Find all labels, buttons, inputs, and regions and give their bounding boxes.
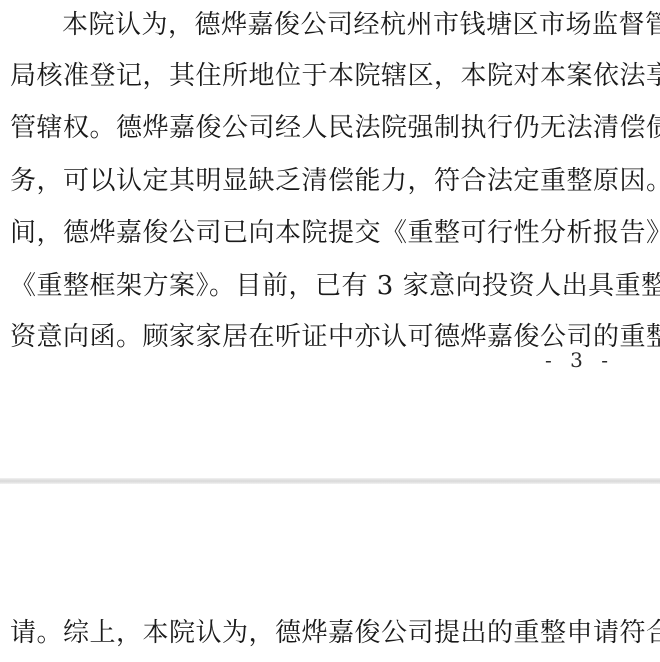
- paragraph-line: 本院认为，德烨嘉俊公司经杭州市钱塘区市场监督管理: [62, 10, 640, 40]
- document-page-3: 本院认为，德烨嘉俊公司经杭州市钱塘区市场监督管理 局核准登记，其住所地位于本院辖…: [0, 0, 660, 478]
- document-page-4: 请。综上，本院认为，德烨嘉俊公司提出的重整申请符合法: [0, 484, 660, 662]
- paragraph-line: 管辖权。德烨嘉俊公司经人民法院强制执行仍无法清偿债: [10, 113, 640, 143]
- paragraph-line: 间，德烨嘉俊公司已向本院提交《重整可行性分析报告》和: [10, 218, 640, 248]
- paragraph-line: 务，可以认定其明显缺乏清偿能力，符合法定重整原因。期: [10, 166, 640, 196]
- page-number: - 3 -: [545, 348, 614, 372]
- paragraph-line: 局核准登记，其住所地位于本院辖区，本院对本案依法享有: [10, 61, 640, 91]
- paragraph-line: 《重整框架方案》。目前，已有 3 家意向投资人出具重整投: [10, 271, 640, 301]
- paragraph-line: 请。综上，本院认为，德烨嘉俊公司提出的重整申请符合法: [10, 618, 640, 648]
